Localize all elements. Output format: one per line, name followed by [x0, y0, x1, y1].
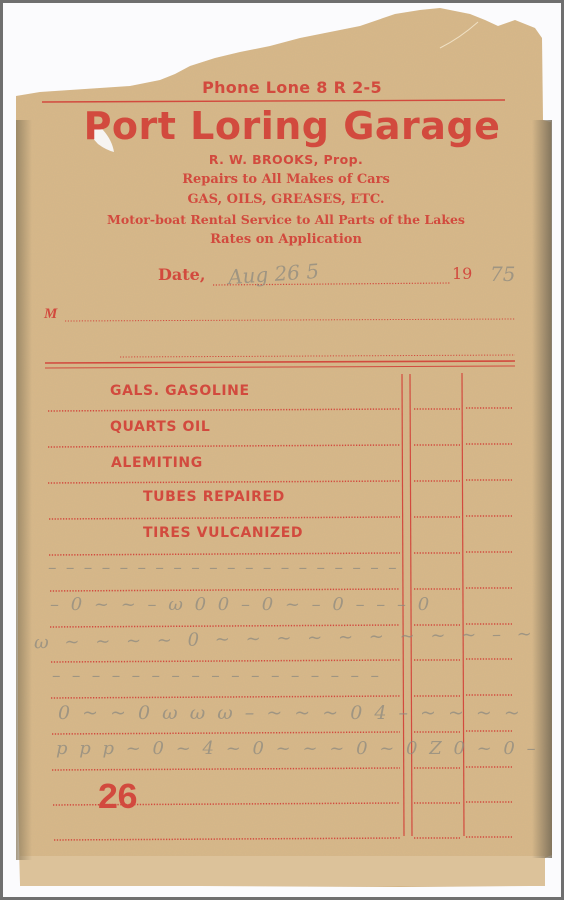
- handwritten-row: – – – – – – – – – – – – – – – – – – – –: [48, 558, 399, 578]
- service-line-repairs: Repairs to All Makes of Cars: [4, 172, 564, 187]
- item-oil: QUARTS OIL: [110, 419, 210, 435]
- handwritten-row: p p p ~ 0 ~ 4 ~ 0 ~ ~ ~ 0 ~ 0 Z 0 ~ 0 –: [56, 738, 539, 759]
- handwritten-row: – 0 ~ ~ – ω 0 0 – 0 ~ – 0 – – – 0: [50, 594, 432, 615]
- item-tires: TIRES VULCANIZED: [143, 525, 303, 541]
- service-line-rates: Rates on Application: [4, 232, 564, 247]
- business-name: Port Loring Garage: [10, 104, 564, 148]
- service-line-gas: GAS, OILS, GREASES, ETC.: [4, 192, 564, 207]
- handwritten-row: 0 ~ ~ 0 ω ω ω – ~ ~ ~ 0 4 – ~ ~ ~ ~: [58, 702, 523, 724]
- item-alemiting: ALEMITING: [111, 455, 203, 471]
- date-label: Date,: [158, 265, 205, 284]
- item-gasoline: GALS. GASOLINE: [110, 383, 250, 399]
- proprietor: R. W. BROOKS, Prop.: [4, 152, 564, 167]
- year-prefix: 19: [452, 264, 472, 283]
- receipt-paper: Phone Lone 8 R 2-5 Port Loring Garage R.…: [0, 0, 564, 900]
- service-line-motorboat: Motor-boat Rental Service to All Parts o…: [4, 212, 564, 227]
- handwritten-row: – – – – – – – – – – – – – – – – –: [52, 666, 382, 686]
- form-number: 26: [97, 778, 136, 819]
- year-handwritten: 75: [490, 262, 515, 286]
- customer-label: M: [44, 306, 57, 323]
- item-tubes: TUBES REPAIRED: [143, 489, 285, 505]
- phone-number: Phone Lone 8 R 2-5: [10, 78, 564, 97]
